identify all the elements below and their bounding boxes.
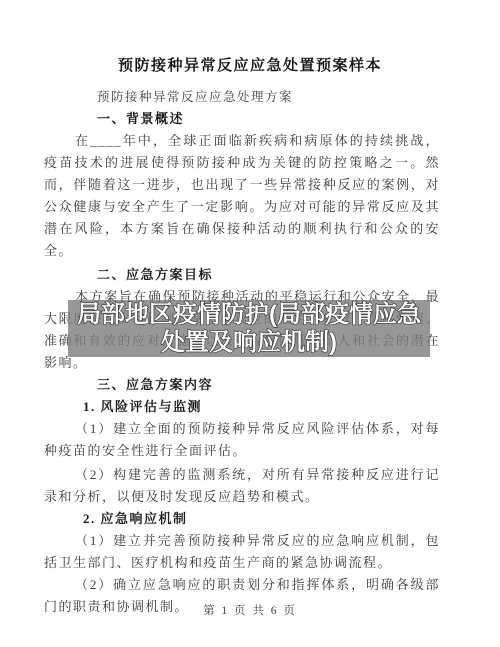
watermark-overlay: 局部地区疫情防护(局部疫情应急处置及响应机制) — [68, 300, 430, 357]
section-heading-3: 三、应急方案内容 — [44, 374, 440, 396]
watermark-text: 局部地区疫情防护(局部疫情应急处置及响应机制) — [68, 301, 430, 357]
section-heading-1: 一、背景概述 — [44, 108, 440, 130]
subsection-heading-response: 2. 应急响应机制 — [44, 508, 440, 530]
subsection-heading-risk: 1. 风险评估与监测 — [44, 396, 440, 418]
page-number: 第 1 页 共 6 页 — [0, 602, 500, 618]
paragraph-background: 在____年中，全球正面临新疾病和病原体的持续挑战，疫苗技术的进展使得预防接种成… — [44, 130, 440, 262]
paragraph-risk-item-1: （1）建立全面的预防接种异常反应风险评估体系，对每种疫苗的安全性进行全面评估。 — [44, 418, 440, 462]
section-heading-2: 二、应急方案目标 — [44, 264, 440, 286]
doc-subtitle: 预防接种异常反应应急处理方案 — [44, 86, 440, 108]
paragraph-response-item-1: （1）建立并完善预防接种异常反应的应急响应机制，包括卫生部门、医疗机构和疫苗生产… — [44, 530, 440, 574]
paragraph-risk-item-2: （2）构建完善的监测系统，对所有异常接种反应进行记录和分析，以便及时发现反应趋势… — [44, 464, 440, 508]
doc-title: 预防接种异常反应应急处置预案样本 — [44, 54, 456, 78]
